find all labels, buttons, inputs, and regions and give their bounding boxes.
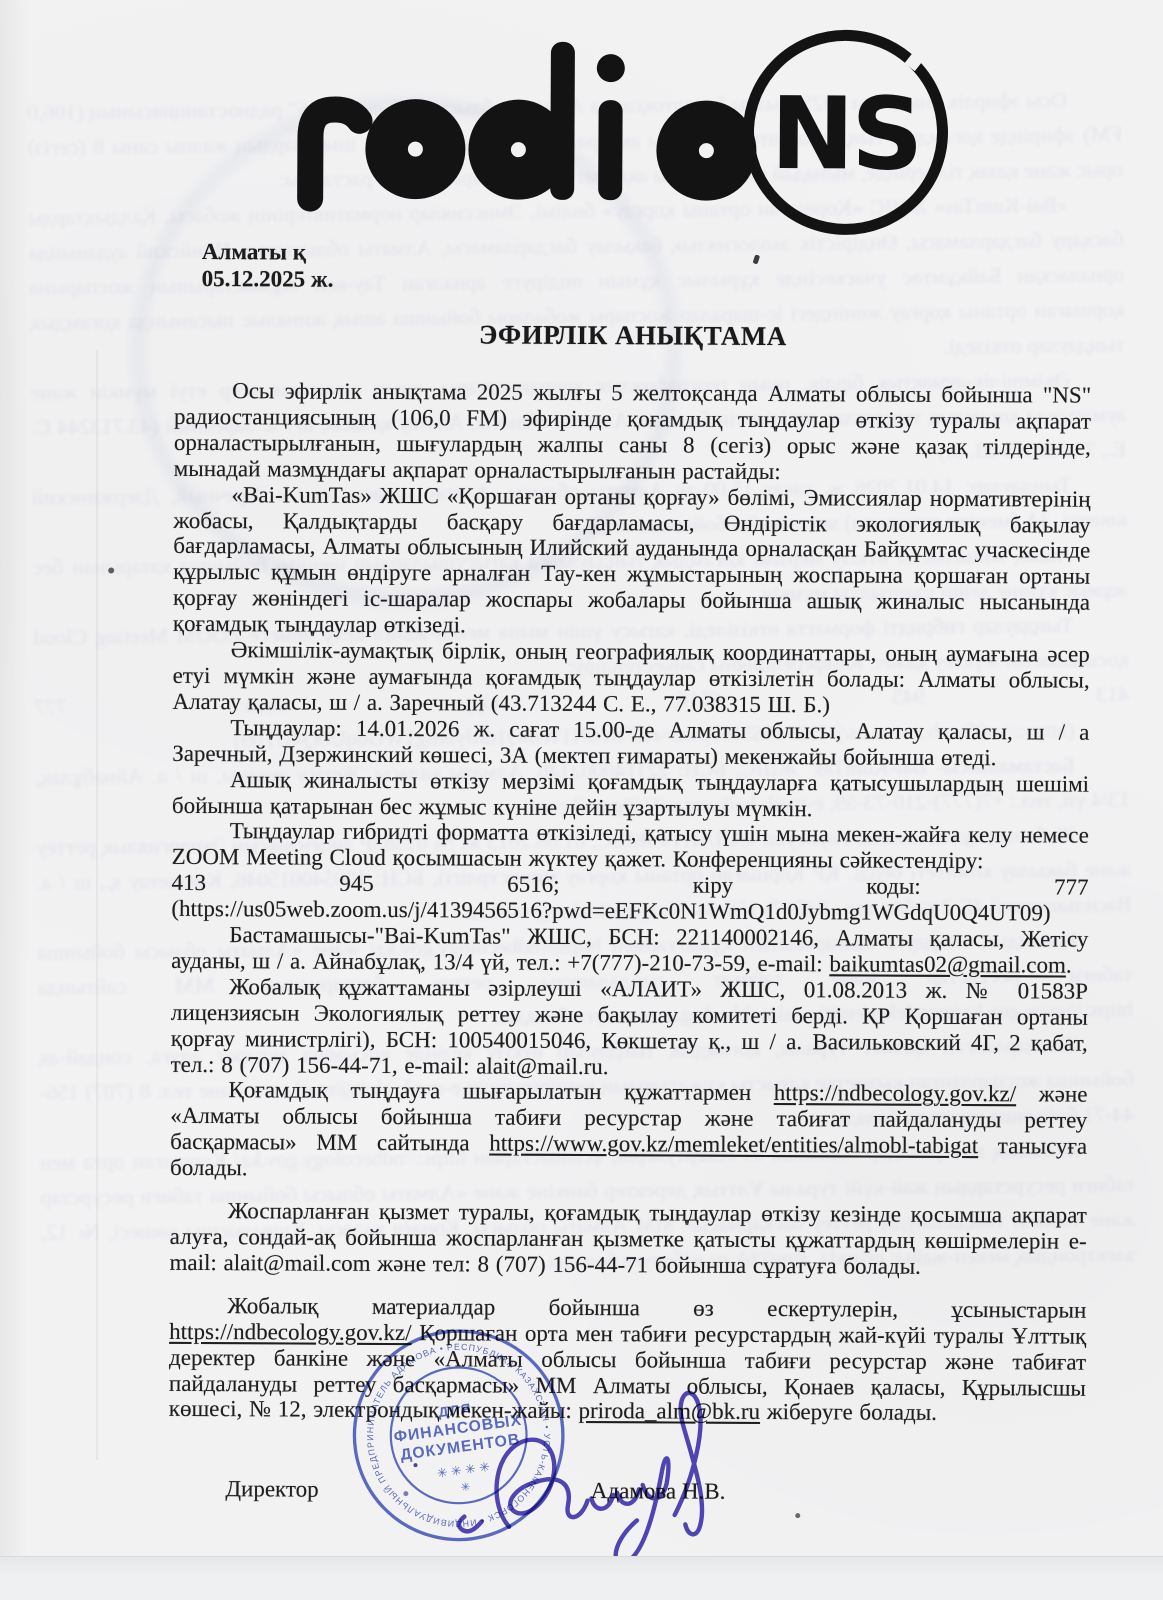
body-text: .	[1066, 952, 1072, 977]
paragraph: Жоспарланған қызмет туралы, қоғамдық тың…	[169, 1198, 1086, 1281]
radio-ns-logo-graphic: NS	[278, 24, 969, 240]
scan-speck	[108, 568, 114, 574]
body-text: «Bai-KumTas» ЖШС «Қоршаған ортаны қорғау…	[173, 482, 1091, 638]
paragraph: Тыңдаулар гибридті форматта өткізіледі, …	[172, 818, 1089, 875]
signature-stroke	[667, 1392, 708, 1535]
body-text: Жоспарланған қызмет туралы, қоғамдық тың…	[170, 1198, 1087, 1278]
body-text: Ашық жиналысты өткізу мерзімі қоғамдық т…	[172, 767, 1089, 821]
signature-stroke	[458, 1516, 482, 1532]
paragraph: «Bai-KumTas» ЖШС «Қоршаған ортаны қорғау…	[173, 481, 1091, 641]
conference-id-word: 777	[1054, 875, 1089, 901]
document-content: NS Алматы қ 05.12.2025 ж. ЭФИРЛІК АНЫҚТА…	[0, 0, 1163, 1600]
paragraph: Ашық жиналысты өткізу мерзімі қоғамдық т…	[172, 766, 1089, 823]
body-text: Тыңдаулар: 14.01.2026 ж. сағат 15.00-де …	[172, 715, 1089, 770]
conference-id-word: коды:	[866, 874, 921, 900]
body-text: Жобалық құжаттаманы әзірлеуші «АЛАИТ» ЖШ…	[171, 974, 1089, 1079]
vinyl-dot-o	[699, 143, 714, 158]
vinyl-dot-a	[408, 142, 423, 157]
ns-wordmark: NS	[770, 75, 920, 193]
radio-ns-logo: NS	[278, 24, 969, 240]
conference-id-word: кіру	[693, 873, 733, 899]
body-text: Тыңдаулар гибридті форматта өткізіледі, …	[172, 819, 1089, 874]
place-line: Алматы қ	[202, 238, 334, 266]
handwritten-signature	[441, 1345, 807, 1589]
signature-stroke	[493, 1436, 589, 1527]
paragraph: Бастамашысы-"Bai-KumTas" ЖШС, БСН: 22114…	[171, 922, 1088, 979]
conference-id-word: 413	[171, 870, 206, 896]
scanned-document-page: Осы эфирлік анықтама 2025 жылғы 5 желтоқ…	[0, 0, 1163, 1600]
ink-dot	[413, 1463, 417, 1467]
body-text: Жобалық материалдар бойынша өз ескертуле…	[227, 1293, 1086, 1322]
letter-d-stem	[550, 42, 575, 200]
paragraph: Тыңдаулар: 14.01.2026 ж. сағат 15.00-де …	[172, 715, 1089, 772]
letter-i-dot	[597, 54, 625, 82]
scan-speck	[795, 1513, 800, 1518]
document-title: ЭФИРЛІК АНЫҚТАМА	[174, 318, 1091, 354]
conference-id-word: 945	[339, 871, 374, 897]
paragraph: Жобалық құжаттаманы әзірлеуші «АЛАИТ» ЖШ…	[171, 974, 1089, 1082]
body-text: Осы эфирлік анықтама 2025 жылғы 5 желтоқ…	[174, 378, 1092, 484]
scan-speck	[753, 254, 761, 264]
underlined-link-text[interactable]: https://www.gov.kz/memleket/entities/alm…	[489, 1131, 978, 1159]
signature-stroke	[591, 1489, 640, 1509]
body-text: Қоғамдық тыңдауға шығарылатын құжаттарме…	[228, 1078, 773, 1106]
signer-role: Директор	[225, 1476, 318, 1502]
letter-i-stem	[598, 100, 623, 200]
place-date-block: Алматы қ 05.12.2025 ж.	[202, 238, 334, 293]
paragraph: Осы эфирлік анықтама 2025 жылғы 5 желтоқ…	[174, 378, 1092, 486]
date-line: 05.12.2025 ж.	[202, 265, 334, 293]
document-body: Осы эфирлік анықтама 2025 жылғы 5 желтоқ…	[169, 378, 1091, 1427]
conference-id-word: 6516;	[507, 872, 560, 898]
letter-r	[310, 109, 359, 199]
paragraph: Әкімшілік-аумақтық бірлік, оның географи…	[172, 637, 1089, 720]
ink-dot	[403, 1491, 408, 1496]
underlined-link-text[interactable]: https://ndbecology.gov.kz/	[774, 1080, 1016, 1106]
body-text: Әкімшілік-аумақтық бірлік, оның географи…	[172, 637, 1089, 717]
vinyl-dot-d	[511, 142, 526, 157]
underlined-link-text[interactable]: baikumtas02@gmail.com	[829, 951, 1066, 977]
paragraph: Қоғамдық тыңдауға шығарылатын құжаттарме…	[170, 1077, 1088, 1185]
signature-stroke	[610, 1458, 675, 1563]
scanner-edge-band	[0, 1556, 1163, 1600]
